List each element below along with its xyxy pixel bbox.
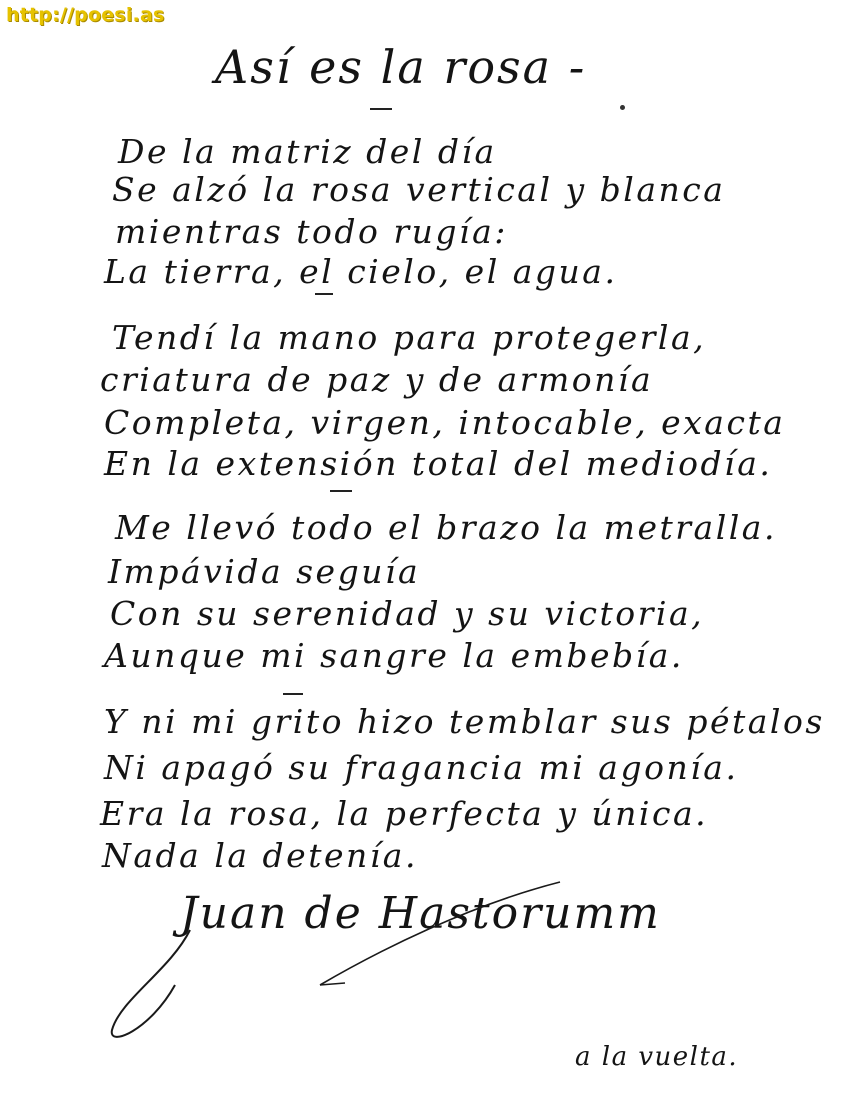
signature-flourish [0, 0, 860, 1100]
turn-page-note: a la vuelta. [575, 1042, 738, 1072]
